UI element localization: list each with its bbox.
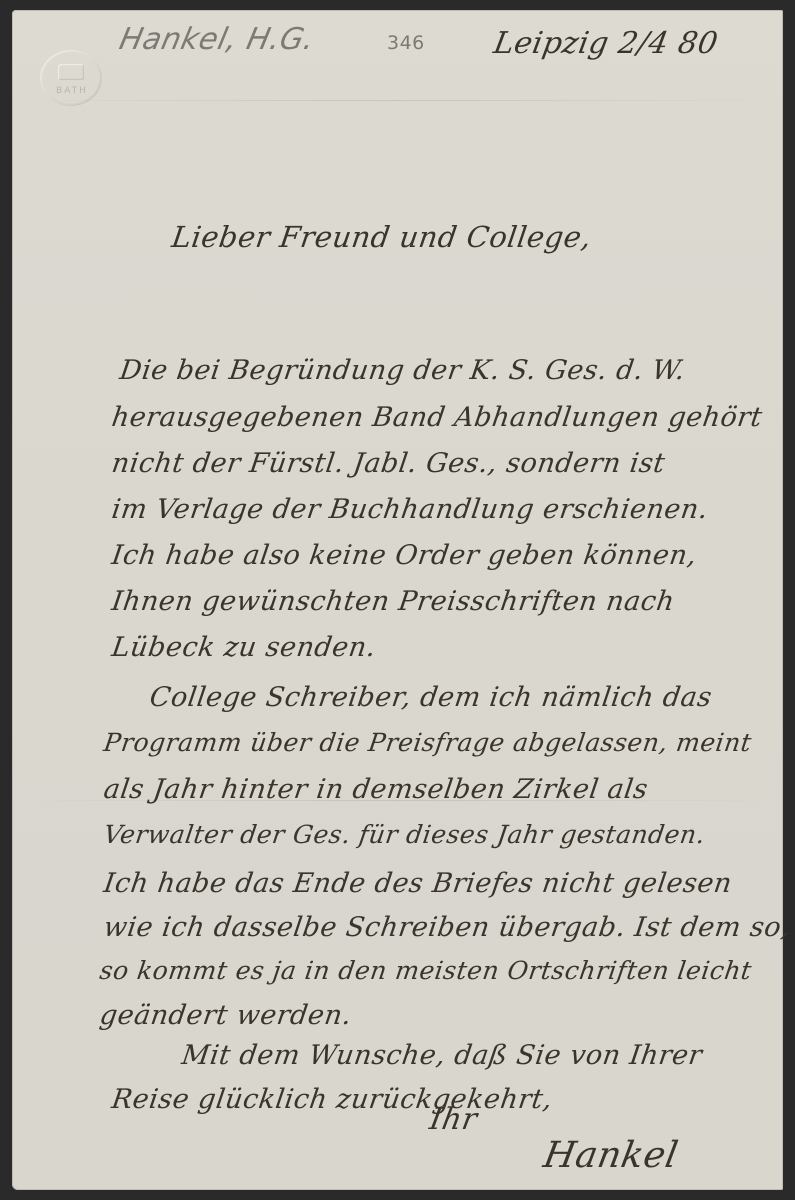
body-line: Ihnen gewünschten Preisschriften nach <box>110 586 677 617</box>
body-line: Ich habe das Ende des Briefes nicht gele… <box>102 868 734 899</box>
body-line: nicht der Fürstl. Jabl. Ges., sondern is… <box>110 448 667 479</box>
body-line: Ich habe also keine Order geben können, <box>110 540 699 571</box>
embossed-seal-icon: BATH <box>40 50 102 106</box>
signature: Hankel <box>540 1135 681 1176</box>
salutation: Lieber Freund und College, <box>170 220 594 254</box>
closing: Ihr <box>427 1102 480 1137</box>
place-date: Leipzig 2/4 80 <box>491 26 721 61</box>
body-line: als Jahr hinter in demselben Zirkel als <box>102 774 650 805</box>
paper-fold-line <box>12 100 783 101</box>
body-line: so kommt es ja in den meisten Ortschrift… <box>98 956 754 985</box>
body-line: geändert werden. <box>98 1000 354 1031</box>
body-line: herausgegebenen Band Abhandlungen gehört <box>110 402 765 433</box>
crown-icon <box>58 64 84 80</box>
letter-page: BATH Hankel, H.G. 346 Leipzig 2/4 80 Lie… <box>12 10 783 1190</box>
body-line: Programm über die Preisfrage abgelassen,… <box>102 728 754 757</box>
seal-text: BATH <box>52 86 92 96</box>
body-line: College Schreiber, dem ich nämlich das <box>148 682 714 713</box>
body-line: im Verlage der Buchhandlung erschienen. <box>110 494 710 525</box>
body-line: Verwalter der Ges. für dieses Jahr gesta… <box>102 820 707 849</box>
body-line: wie ich dasselbe Schreiben übergab. Ist … <box>102 912 793 943</box>
archive-annotation-number: 346 <box>387 32 425 54</box>
body-line: Reise glücklich zurückgekehrt, <box>110 1084 555 1115</box>
body-line: Die bei Begründung der K. S. Ges. d. W. <box>118 355 687 386</box>
body-line: Lübeck zu senden. <box>110 632 378 663</box>
body-line: Mit dem Wunsche, daß Sie von Ihrer <box>180 1040 704 1071</box>
archive-annotation-name: Hankel, H.G. <box>116 22 318 57</box>
